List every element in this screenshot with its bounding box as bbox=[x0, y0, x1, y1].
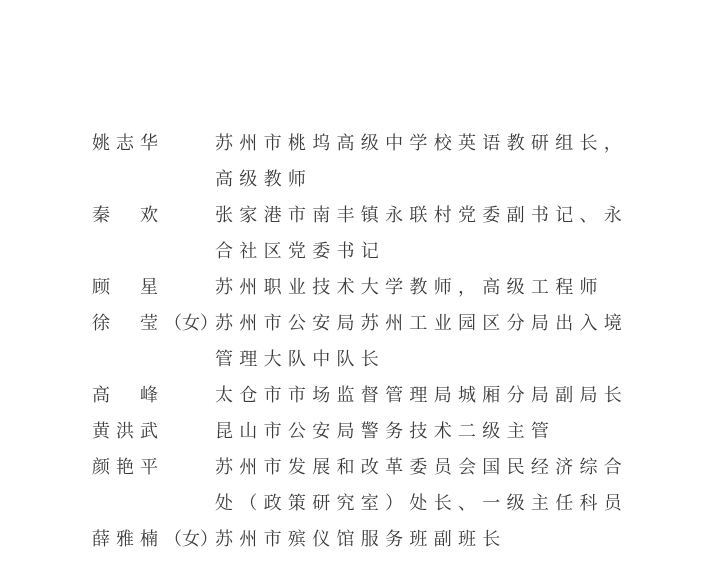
list-item: 徐 莹（女） 苏州市公安局苏州工业园区分局出入境管理大队中队长 bbox=[92, 306, 632, 378]
person-name: 薛雅楠（女） bbox=[92, 522, 215, 558]
person-title: 太仓市市场监督管理局城厢分局副局长 bbox=[215, 378, 632, 414]
list-item: 顾 星 苏州职业技术大学教师，高级工程师 bbox=[92, 270, 632, 306]
document-page: 姚志华 苏州市桃坞高级中学校英语教研组长，高级教师 秦 欢 张家港市南丰镇永联村… bbox=[0, 0, 718, 570]
name-text: 黄洪武 bbox=[92, 421, 164, 442]
name-text: 高 峰 bbox=[92, 385, 164, 406]
person-name: 徐 莹（女） bbox=[92, 306, 215, 342]
person-name: 顾 星 bbox=[92, 270, 215, 306]
person-name: 秦 欢 bbox=[92, 198, 215, 234]
name-text: 薛雅楠 bbox=[92, 529, 164, 550]
person-title: 苏州职业技术大学教师，高级工程师 bbox=[215, 270, 632, 306]
list-item: 高 峰 太仓市市场监督管理局城厢分局副局长 bbox=[92, 378, 632, 414]
list-item: 薛雅楠（女） 苏州市殡仪馆服务班副班长 bbox=[92, 522, 632, 558]
list-item: 姚志华 苏州市桃坞高级中学校英语教研组长，高级教师 bbox=[92, 126, 632, 198]
person-title: 张家港市南丰镇永联村党委副书记、永合社区党委书记 bbox=[215, 198, 632, 270]
list-item: 秦 欢 张家港市南丰镇永联村党委副书记、永合社区党委书记 bbox=[92, 198, 632, 270]
name-text: 姚志华 bbox=[92, 133, 164, 154]
person-title: 苏州市公安局苏州工业园区分局出入境管理大队中队长 bbox=[215, 306, 632, 378]
name-list: 姚志华 苏州市桃坞高级中学校英语教研组长，高级教师 秦 欢 张家港市南丰镇永联村… bbox=[92, 126, 632, 558]
person-name: 高 峰 bbox=[92, 378, 215, 414]
gender-note: （女） bbox=[164, 529, 218, 550]
list-item: 颜艳平 苏州市发展和改革委员会国民经济综合处（政策研究室）处长、一级主任科员 bbox=[92, 450, 632, 522]
person-title: 苏州市发展和改革委员会国民经济综合处（政策研究室）处长、一级主任科员 bbox=[215, 450, 632, 522]
person-name: 黄洪武 bbox=[92, 414, 215, 450]
name-text: 顾 星 bbox=[92, 277, 164, 298]
name-text: 颜艳平 bbox=[92, 457, 164, 478]
person-name: 姚志华 bbox=[92, 126, 215, 162]
person-title: 昆山市公安局警务技术二级主管 bbox=[215, 414, 632, 450]
person-title: 苏州市桃坞高级中学校英语教研组长，高级教师 bbox=[215, 126, 632, 198]
name-text: 徐 莹 bbox=[92, 313, 164, 334]
person-name: 颜艳平 bbox=[92, 450, 215, 486]
gender-note: （女） bbox=[164, 313, 218, 334]
list-item: 黄洪武 昆山市公安局警务技术二级主管 bbox=[92, 414, 632, 450]
name-text: 秦 欢 bbox=[92, 205, 164, 226]
person-title: 苏州市殡仪馆服务班副班长 bbox=[215, 522, 632, 558]
